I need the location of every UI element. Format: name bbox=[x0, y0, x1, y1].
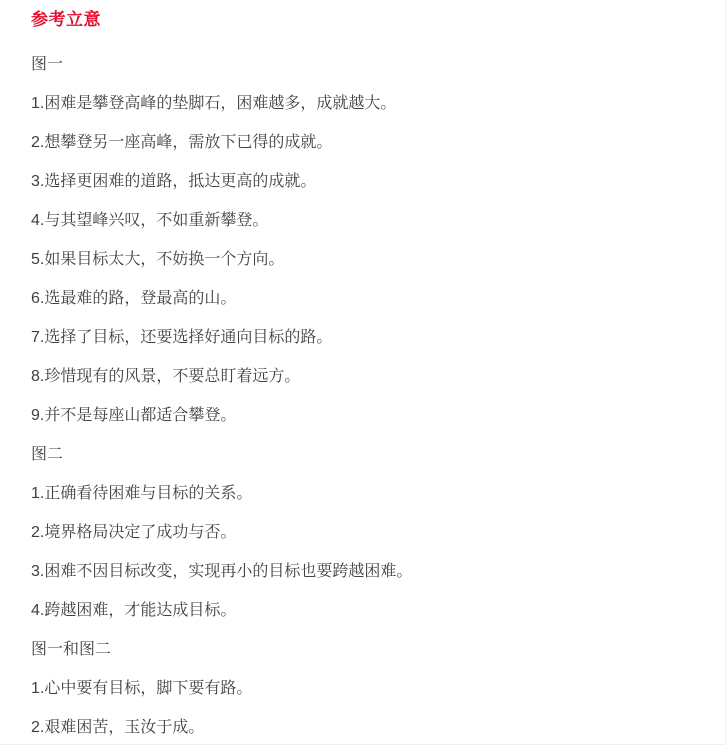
list-item: 4.跨越困难，才能达成目标。 bbox=[31, 600, 705, 622]
list-item: 3.选择更困难的道路，抵达更高的成就。 bbox=[31, 171, 705, 193]
list-item: 5.如果目标太大，不妨换一个方向。 bbox=[31, 249, 705, 271]
list-item: 6.选最难的路，登最高的山。 bbox=[31, 288, 705, 310]
list-item: 4.与其望峰兴叹，不如重新攀登。 bbox=[31, 210, 705, 232]
reference-ideas-page: 参考立意 图一 1.困难是攀登高峰的垫脚石，困难越多，成就越大。 2.想攀登另一… bbox=[0, 0, 726, 745]
section-heading-figure-one: 图一 bbox=[31, 54, 705, 76]
page-title: 参考立意 bbox=[31, 10, 705, 30]
list-item: 8.珍惜现有的风景，不要总盯着远方。 bbox=[31, 366, 705, 388]
list-item: 1.困难是攀登高峰的垫脚石，困难越多，成就越大。 bbox=[31, 93, 705, 115]
section-heading-figure-two: 图二 bbox=[31, 444, 705, 466]
list-item: 7.选择了目标，还要选择好通向目标的路。 bbox=[31, 327, 705, 349]
list-item: 2.境界格局决定了成功与否。 bbox=[31, 522, 705, 544]
list-item: 9.并不是每座山都适合攀登。 bbox=[31, 405, 705, 427]
document-content: 参考立意 图一 1.困难是攀登高峰的垫脚石，困难越多，成就越大。 2.想攀登另一… bbox=[0, 0, 725, 739]
list-item: 3.困难不因目标改变，实现再小的目标也要跨越困难。 bbox=[31, 561, 705, 583]
section-heading-figure-one-and-two: 图一和图二 bbox=[31, 639, 705, 661]
list-item: 1.正确看待困难与目标的关系。 bbox=[31, 483, 705, 505]
list-item: 1.心中要有目标，脚下要有路。 bbox=[31, 678, 705, 700]
list-item: 2.想攀登另一座高峰，需放下已得的成就。 bbox=[31, 132, 705, 154]
list-item: 2.艰难困苦，玉汝于成。 bbox=[31, 717, 705, 739]
